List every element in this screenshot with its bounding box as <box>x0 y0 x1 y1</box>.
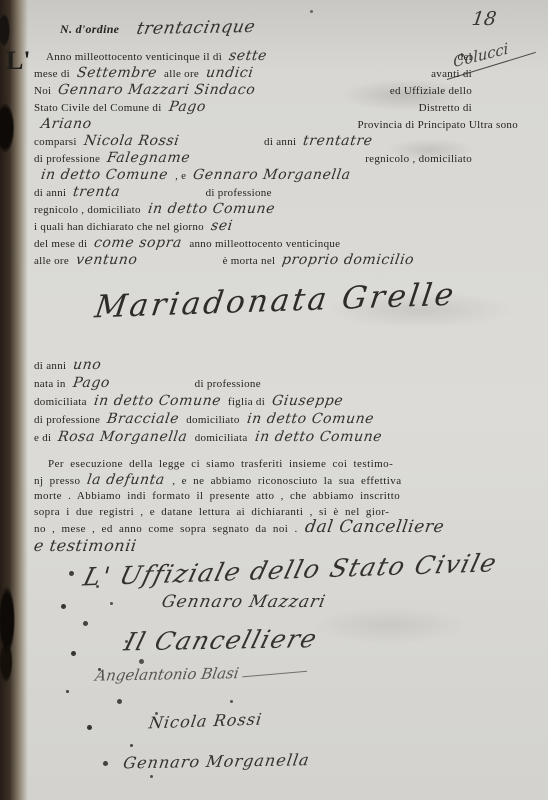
printed-form-text: anno milleottocento venticinque <box>189 236 340 252</box>
handwritten-entry: come sopra <box>93 235 183 251</box>
printed-form-text: di professione <box>195 376 261 393</box>
printed-form-text: morte . Abbiamo indi formato il presente… <box>34 489 400 505</box>
form-line: NoiGennaro Mazzari Sindacoed Uffiziale d… <box>34 82 518 99</box>
printed-form-text: domiciliata <box>34 394 87 411</box>
handwritten-entry: ventuno <box>75 252 139 268</box>
deceased-name: Mariadonata Grelle <box>93 277 459 326</box>
official-title-signature: L' Uffiziale dello Stato Civile <box>80 547 523 591</box>
form-line: Anno milleottocento venticinque il dìset… <box>34 48 518 65</box>
handwritten-entry: in detto Comune <box>40 167 169 183</box>
handwritten-entry: Gennaro Morganella <box>192 167 352 183</box>
form-line: no , mese , ed anno come sopra segnato d… <box>34 520 518 538</box>
printed-form-text: nj presso <box>34 474 80 490</box>
handwritten-entry: Falegname <box>106 150 191 166</box>
handwritten-entry: undici <box>205 65 255 81</box>
order-number-row: N. d'ordine trentacinque <box>60 18 518 42</box>
handwritten-entry: e testimonii <box>33 538 138 554</box>
printed-form-text: di anni <box>34 358 66 375</box>
handwritten-entry: in detto Comune <box>93 393 222 410</box>
printed-form-text: Per esecuzione della legge ci siamo tras… <box>48 457 393 473</box>
handwritten-entry: in detto Comune <box>245 411 374 428</box>
scanned-register-page: 18 Colucci N. d'ordine trentacinque L' A… <box>0 0 548 800</box>
printed-form-text: avanti di <box>431 66 472 82</box>
form-line: e diRosa Morganelladomiciliatain detto C… <box>34 429 518 447</box>
form-line: nj pressola defunta, e ne abbiamo ricono… <box>34 473 518 490</box>
printed-form-text: domiciliato <box>186 412 239 429</box>
order-value-handwritten: trentacinque <box>135 17 257 39</box>
book-binding-edge <box>0 0 28 800</box>
closing-paragraph: Per esecuzione della legge ci siamo tras… <box>34 457 518 553</box>
printed-form-text: regnicolo , domiciliato <box>34 202 141 218</box>
printed-form-text: di anni <box>264 134 296 150</box>
printed-form-text: alle ore <box>34 253 69 269</box>
printed-form-text: del mese di <box>34 236 87 252</box>
handwritten-entry: sette <box>228 48 268 64</box>
act-opening-block: Anno milleottocento venticinque il dìset… <box>34 48 518 269</box>
printed-form-text: Noi <box>34 83 51 99</box>
printed-form-text: mese di <box>34 66 70 82</box>
form-line: i quali han dichiarato che nel giornosei <box>34 218 518 235</box>
form-line: morte . Abbiamo indi formato il presente… <box>34 489 518 505</box>
printed-form-text: ed Uffiziale dello <box>390 83 472 99</box>
printed-form-text: è morta nel <box>223 253 276 269</box>
handwritten-entry: dal Cancelliere <box>304 520 445 536</box>
handwritten-entry: trentatre <box>302 133 374 149</box>
printed-form-text: di professione <box>34 412 100 429</box>
printed-form-text: alle ore <box>164 66 199 82</box>
handwritten-entry: uno <box>72 357 103 374</box>
handwritten-entry: sei <box>210 218 234 234</box>
form-line: di professioneFalegnameregnicolo , domic… <box>34 150 518 167</box>
form-line: mese diSettembrealle oreundiciavanti di <box>34 65 518 82</box>
printed-form-text: Anno milleottocento venticinque il dì <box>46 49 222 65</box>
form-line: Stato Civile del Comune diPagoDistretto … <box>34 99 518 116</box>
handwritten-entry: Giuseppe <box>271 393 345 410</box>
paper-speckles <box>0 0 3 3</box>
form-line: ArianoProvincia di Principato Ultra sono <box>34 116 518 133</box>
form-line: di annitrentadi professione <box>34 184 518 201</box>
handwritten-entry: proprio domicilio <box>281 252 415 268</box>
handwritten-entry: Rosa Morganella <box>57 429 189 446</box>
handwritten-entry: in detto Comune <box>253 429 382 446</box>
printed-form-text: domiciliata <box>195 430 248 447</box>
handwritten-entry: Bracciale <box>106 411 180 428</box>
form-line: domiciliatain detto Comunefiglia diGiuse… <box>34 393 518 411</box>
handwritten-entry: Gennaro Mazzari Sindaco <box>57 82 257 98</box>
order-label: N. d'ordine <box>60 22 119 37</box>
deceased-details-block: di anniunonata inPagodi professionedomic… <box>34 357 518 447</box>
handwritten-entry: Pago <box>167 99 206 115</box>
handwritten-entry: trenta <box>72 184 121 200</box>
printed-form-text: , e <box>175 168 186 184</box>
printed-form-text: del <box>458 49 472 65</box>
handwritten-entry: la defunta <box>86 473 166 489</box>
chancellor-name-signature: Angelantonio Blasi <box>94 659 520 684</box>
form-line: in detto Comune, eGennaro Morganella <box>34 167 518 184</box>
form-line: di professioneBraccialedomiciliatoin det… <box>34 411 518 429</box>
witness2-signature: Gennaro Morganella <box>122 747 520 773</box>
handwritten-entry: Pago <box>72 375 111 392</box>
printed-form-text: i quali han dichiarato che nel giorno <box>34 219 204 235</box>
form-line: regnicolo , domiciliatoin detto Comune <box>34 201 518 218</box>
dropcap-letter: L' <box>6 46 31 76</box>
printed-form-text: comparsi <box>34 134 77 150</box>
handwritten-entry: Settembre <box>76 65 158 81</box>
printed-form-text: , e ne abbiamo riconosciuto la sua effet… <box>172 474 401 490</box>
form-line: di anniuno <box>34 357 518 375</box>
signatures-block: L' Uffiziale dello Stato Civile Gennaro … <box>34 555 518 769</box>
printed-form-text: Provincia di Principato Ultra sono <box>357 117 518 133</box>
handwritten-entry: in detto Comune <box>147 201 276 217</box>
printed-form-text: regnicolo , domiciliato <box>365 151 472 167</box>
handwritten-entry: Ariano <box>40 116 93 132</box>
form-line: alle oreventunoè morta nelproprio domici… <box>34 252 518 269</box>
printed-form-text: di anni <box>34 185 66 201</box>
chancellor-title-signature: Il Cancelliere <box>121 621 523 657</box>
form-line: del mese dicome sopraanno milleottocento… <box>34 235 518 252</box>
form-line: comparsiNicola Rossidi annitrentatre <box>34 133 518 150</box>
printed-form-text: di professione <box>34 151 100 167</box>
printed-form-text: di professione <box>206 185 272 201</box>
official-name-signature: Gennaro Mazzari <box>160 592 520 612</box>
form-line: Per esecuzione della legge ci siamo tras… <box>34 457 518 473</box>
witness1-signature: Nicola Rossi <box>148 701 521 733</box>
form-line: nata inPagodi professione <box>34 375 518 393</box>
printed-form-text: Stato Civile del Comune di <box>34 100 162 116</box>
printed-form-text: Distretto di <box>419 100 472 116</box>
printed-form-text: figlia di <box>228 394 265 411</box>
printed-form-text: nata in <box>34 376 66 393</box>
printed-form-text: e di <box>34 430 51 447</box>
handwritten-entry: Nicola Rossi <box>83 133 181 149</box>
act-content: N. d'ordine trentacinque L' Anno milleot… <box>34 14 518 769</box>
deceased-name-line: Mariadonata Grelle <box>34 275 519 328</box>
